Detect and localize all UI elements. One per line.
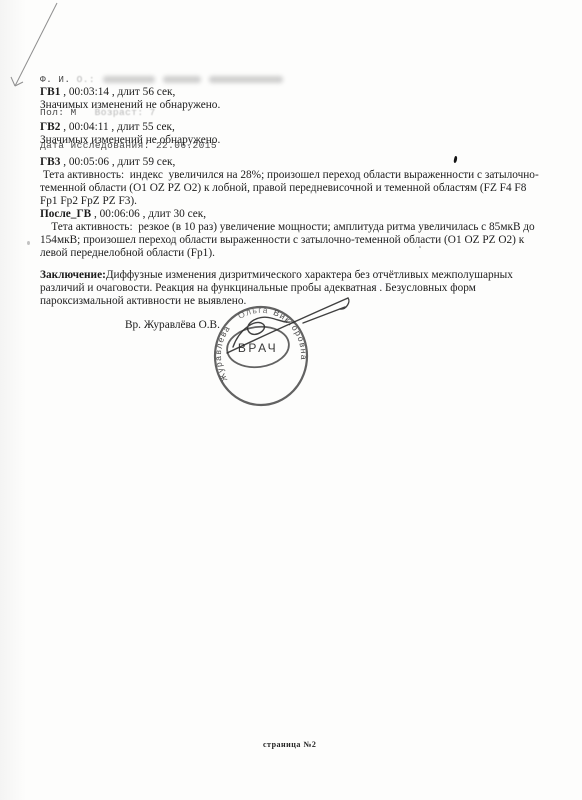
redacted-name-blob xyxy=(163,76,201,83)
fio-label-2: О.: xyxy=(77,74,95,85)
stamp-ring-text-left: Журавлева xyxy=(213,323,232,383)
section-gv3-header: ГВ3 , 00:05:06 , длит 59 сек, xyxy=(40,156,544,169)
scanned-eeg-report-page: Ф. И. О.: Пол: М Возраст: 7 Дата исследо… xyxy=(0,0,582,800)
section-posle-gv-findings: Тета активность: резкое (в 10 раз) увели… xyxy=(40,221,544,260)
stamp-ring-text-top: Ольга xyxy=(236,305,269,321)
conclusion-label: Заключение: xyxy=(40,269,106,281)
section-posle-gv-header: После_ГВ , 00:06:06 , длит 30 сек, xyxy=(40,208,544,221)
section-label: ГВ2 xyxy=(40,121,60,133)
redacted-name-blob xyxy=(209,76,283,83)
patient-fio-line: Ф. И. О.: xyxy=(40,74,283,85)
page-number-footer: страница №2 xyxy=(263,740,316,749)
scan-speck xyxy=(27,241,30,245)
section-timing: , 00:05:06 , длит 59 сек, xyxy=(60,156,175,168)
section-timing: , 00:06:06 , длит 30 сек, xyxy=(91,208,206,220)
section-gv2-findings: Значимых изменений не обнаружено. xyxy=(40,134,544,147)
section-label: ГВ3 xyxy=(40,156,60,168)
section-label: ГВ1 xyxy=(40,86,60,98)
section-gv2-header: ГВ2 , 00:04:11 , длит 55 сек, xyxy=(40,121,544,134)
section-gv1-findings: Значимых изменений не обнаружено. xyxy=(40,99,544,112)
section-gv1-header: ГВ1 , 00:03:14 , длит 56 сек, xyxy=(40,86,544,99)
stamp-center-text: ВРАЧ xyxy=(238,341,278,355)
scan-speck xyxy=(419,246,421,248)
fio-label: Ф. И. xyxy=(40,74,71,85)
handwritten-signature xyxy=(227,298,349,353)
section-timing: , 00:04:11 , длит 55 сек, xyxy=(60,121,175,133)
svg-text:Журавлева: Журавлева xyxy=(213,323,232,383)
doctor-stamp: ВРАЧ Журавлева Ольга Викторовна xyxy=(205,292,365,422)
section-gv3-findings: Тета активность: индекс увеличился на 28… xyxy=(40,169,544,208)
section-gv1: ГВ1 , 00:03:14 , длит 56 сек, Значимых и… xyxy=(40,86,544,112)
redacted-name-blob xyxy=(103,76,155,83)
section-gv3: ГВ3 , 00:05:06 , длит 59 сек, Тета актив… xyxy=(40,156,544,208)
svg-text:Ольга: Ольга xyxy=(236,305,269,321)
section-posle-gv: После_ГВ , 00:06:06 , длит 30 сек, Тета … xyxy=(40,208,544,260)
section-gv2: ГВ2 , 00:04:11 , длит 55 сек, Значимых и… xyxy=(40,121,544,147)
section-timing: , 00:03:14 , длит 56 сек, xyxy=(60,86,175,98)
section-label: После_ГВ xyxy=(40,208,91,220)
